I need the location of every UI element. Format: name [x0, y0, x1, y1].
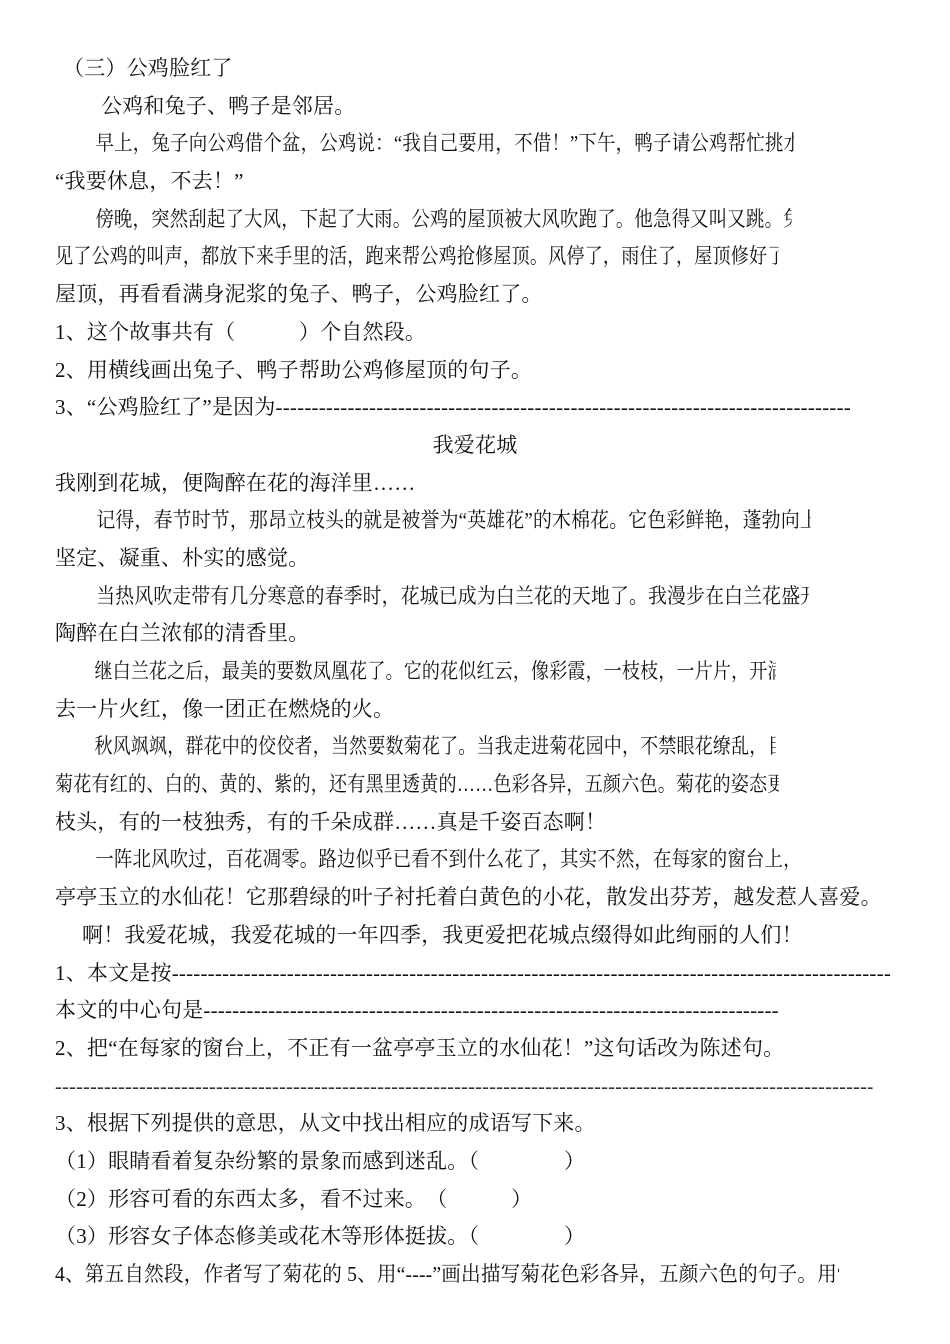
- question-line: 3、根据下列提供的意思，从文中找出相应的成语写下来。: [55, 1105, 895, 1143]
- paragraph-line: 陶醉在白兰浓郁的清香里。: [55, 615, 895, 653]
- question-line: 1、这个故事共有（ ）个自然段。: [55, 314, 895, 352]
- paragraph-line: 早上，兔子向公鸡借个盆，公鸡说：“我自己要用，不借！”下午，鸭子请公鸡帮忙挑水，…: [55, 125, 794, 163]
- paragraph-line: 记得，春节时节，那昂立枝头的就是被誉为“英雄花”的木棉花。它色彩鲜艳，蓬勃向上，…: [55, 502, 810, 540]
- paragraph-line: 一阵北风吹过，百花凋零。路边似乎已看不到什么花了，其实不然，在每家的窗台上，不正…: [55, 841, 792, 879]
- paragraph-line: 坚定、凝重、朴实的感觉。: [55, 540, 895, 578]
- paragraph-line: 亭亭玉立的水仙花！它那碧绿的叶子衬托着白黄色的小花，散发出芬芳，越发惹人喜爱。: [55, 879, 895, 917]
- document-body: （三）公鸡脸红了公鸡和兔子、鸭子是邻居。早上，兔子向公鸡借个盆，公鸡说：“我自己…: [0, 0, 950, 1294]
- paragraph-line: 秋风飒飒，群花中的佼佼者，当然要数菊花了。当我走进菊花园中，不禁眼花缭乱，目不暇…: [55, 728, 776, 766]
- paragraph-line: 继白兰花之后，最美的要数凤凰花了。它的花似红云，像彩霞，一枝枝，一片片，开满了枝…: [55, 653, 776, 691]
- paragraph-line: 菊花有红的、白的、黄的、紫的，还有黑里透黄的……色彩各异，五颜六色。菊花的姿态更…: [55, 766, 779, 804]
- section-heading: （三）公鸡脸红了: [55, 50, 895, 88]
- paragraph-line: 见了公鸡的叫声，都放下来手里的活，跑来帮公鸡抢修屋顶。风停了，雨住了，屋顶修好了…: [55, 238, 779, 276]
- passage-title: 我爱花城: [55, 427, 895, 465]
- question-line: （1）眼睛看着复杂纷繁的景象而感到迷乱。（ ）: [55, 1143, 895, 1181]
- paragraph-line: 屋顶，再看看满身泥浆的兔子、鸭子，公鸡脸红了。: [55, 276, 895, 314]
- paragraph-line: 我刚到花城，便陶醉在花的海洋里……: [55, 465, 895, 503]
- answer-blank-line: ----------------------------------------…: [55, 1068, 873, 1106]
- paragraph-line: 枝头，有的一枝独秀，有的千朵成群……真是千姿百态啊！: [55, 804, 895, 842]
- question-line: 本文的中心句是---------------------------------…: [55, 992, 895, 1030]
- paragraph-line: 傍晚，突然刮起了大风，下起了大雨。公鸡的屋顶被大风吹跑了。他急得又叫又跳。兔子、…: [55, 201, 792, 239]
- paragraph-line: “我要休息，不去！”: [55, 163, 895, 201]
- question-line: 3、“公鸡脸红了”是因为----------------------------…: [55, 389, 895, 427]
- question-line: （2）形容可看的东西太多，看不过来。 （ ）: [55, 1181, 895, 1219]
- paragraph-line: 去一片火红，像一团正在燃烧的火。: [55, 691, 895, 729]
- question-line: 2、用横线画出兔子、鸭子帮助公鸡修屋顶的句子。: [55, 352, 895, 390]
- question-line: （3）形容女子体态修美或花木等形体挺拔。（ ）: [55, 1218, 895, 1256]
- question-line: 1、本文是按----------------------------------…: [55, 955, 895, 993]
- question-line: 4、第五自然段，作者写了菊花的 5、用“----”画出描写菊花色彩各异，五颜六色…: [55, 1256, 839, 1294]
- worksheet-page: （三）公鸡脸红了公鸡和兔子、鸭子是邻居。早上，兔子向公鸡借个盆，公鸡说：“我自己…: [0, 0, 950, 1344]
- paragraph-line: 当热风吹走带有几分寒意的春季时，花城已成为白兰花的天地了。我漫步在白兰花盛开的树…: [55, 578, 809, 616]
- paragraph-line: 公鸡和兔子、鸭子是邻居。: [55, 88, 895, 126]
- paragraph-line: 啊！我爱花城，我爱花城的一年四季，我更爱把花城点缀得如此绚丽的人们！: [55, 917, 895, 955]
- question-line: 2、把“在每家的窗台上，不正有一盆亭亭玉立的水仙花！”这句话改为陈述句。: [55, 1030, 895, 1068]
